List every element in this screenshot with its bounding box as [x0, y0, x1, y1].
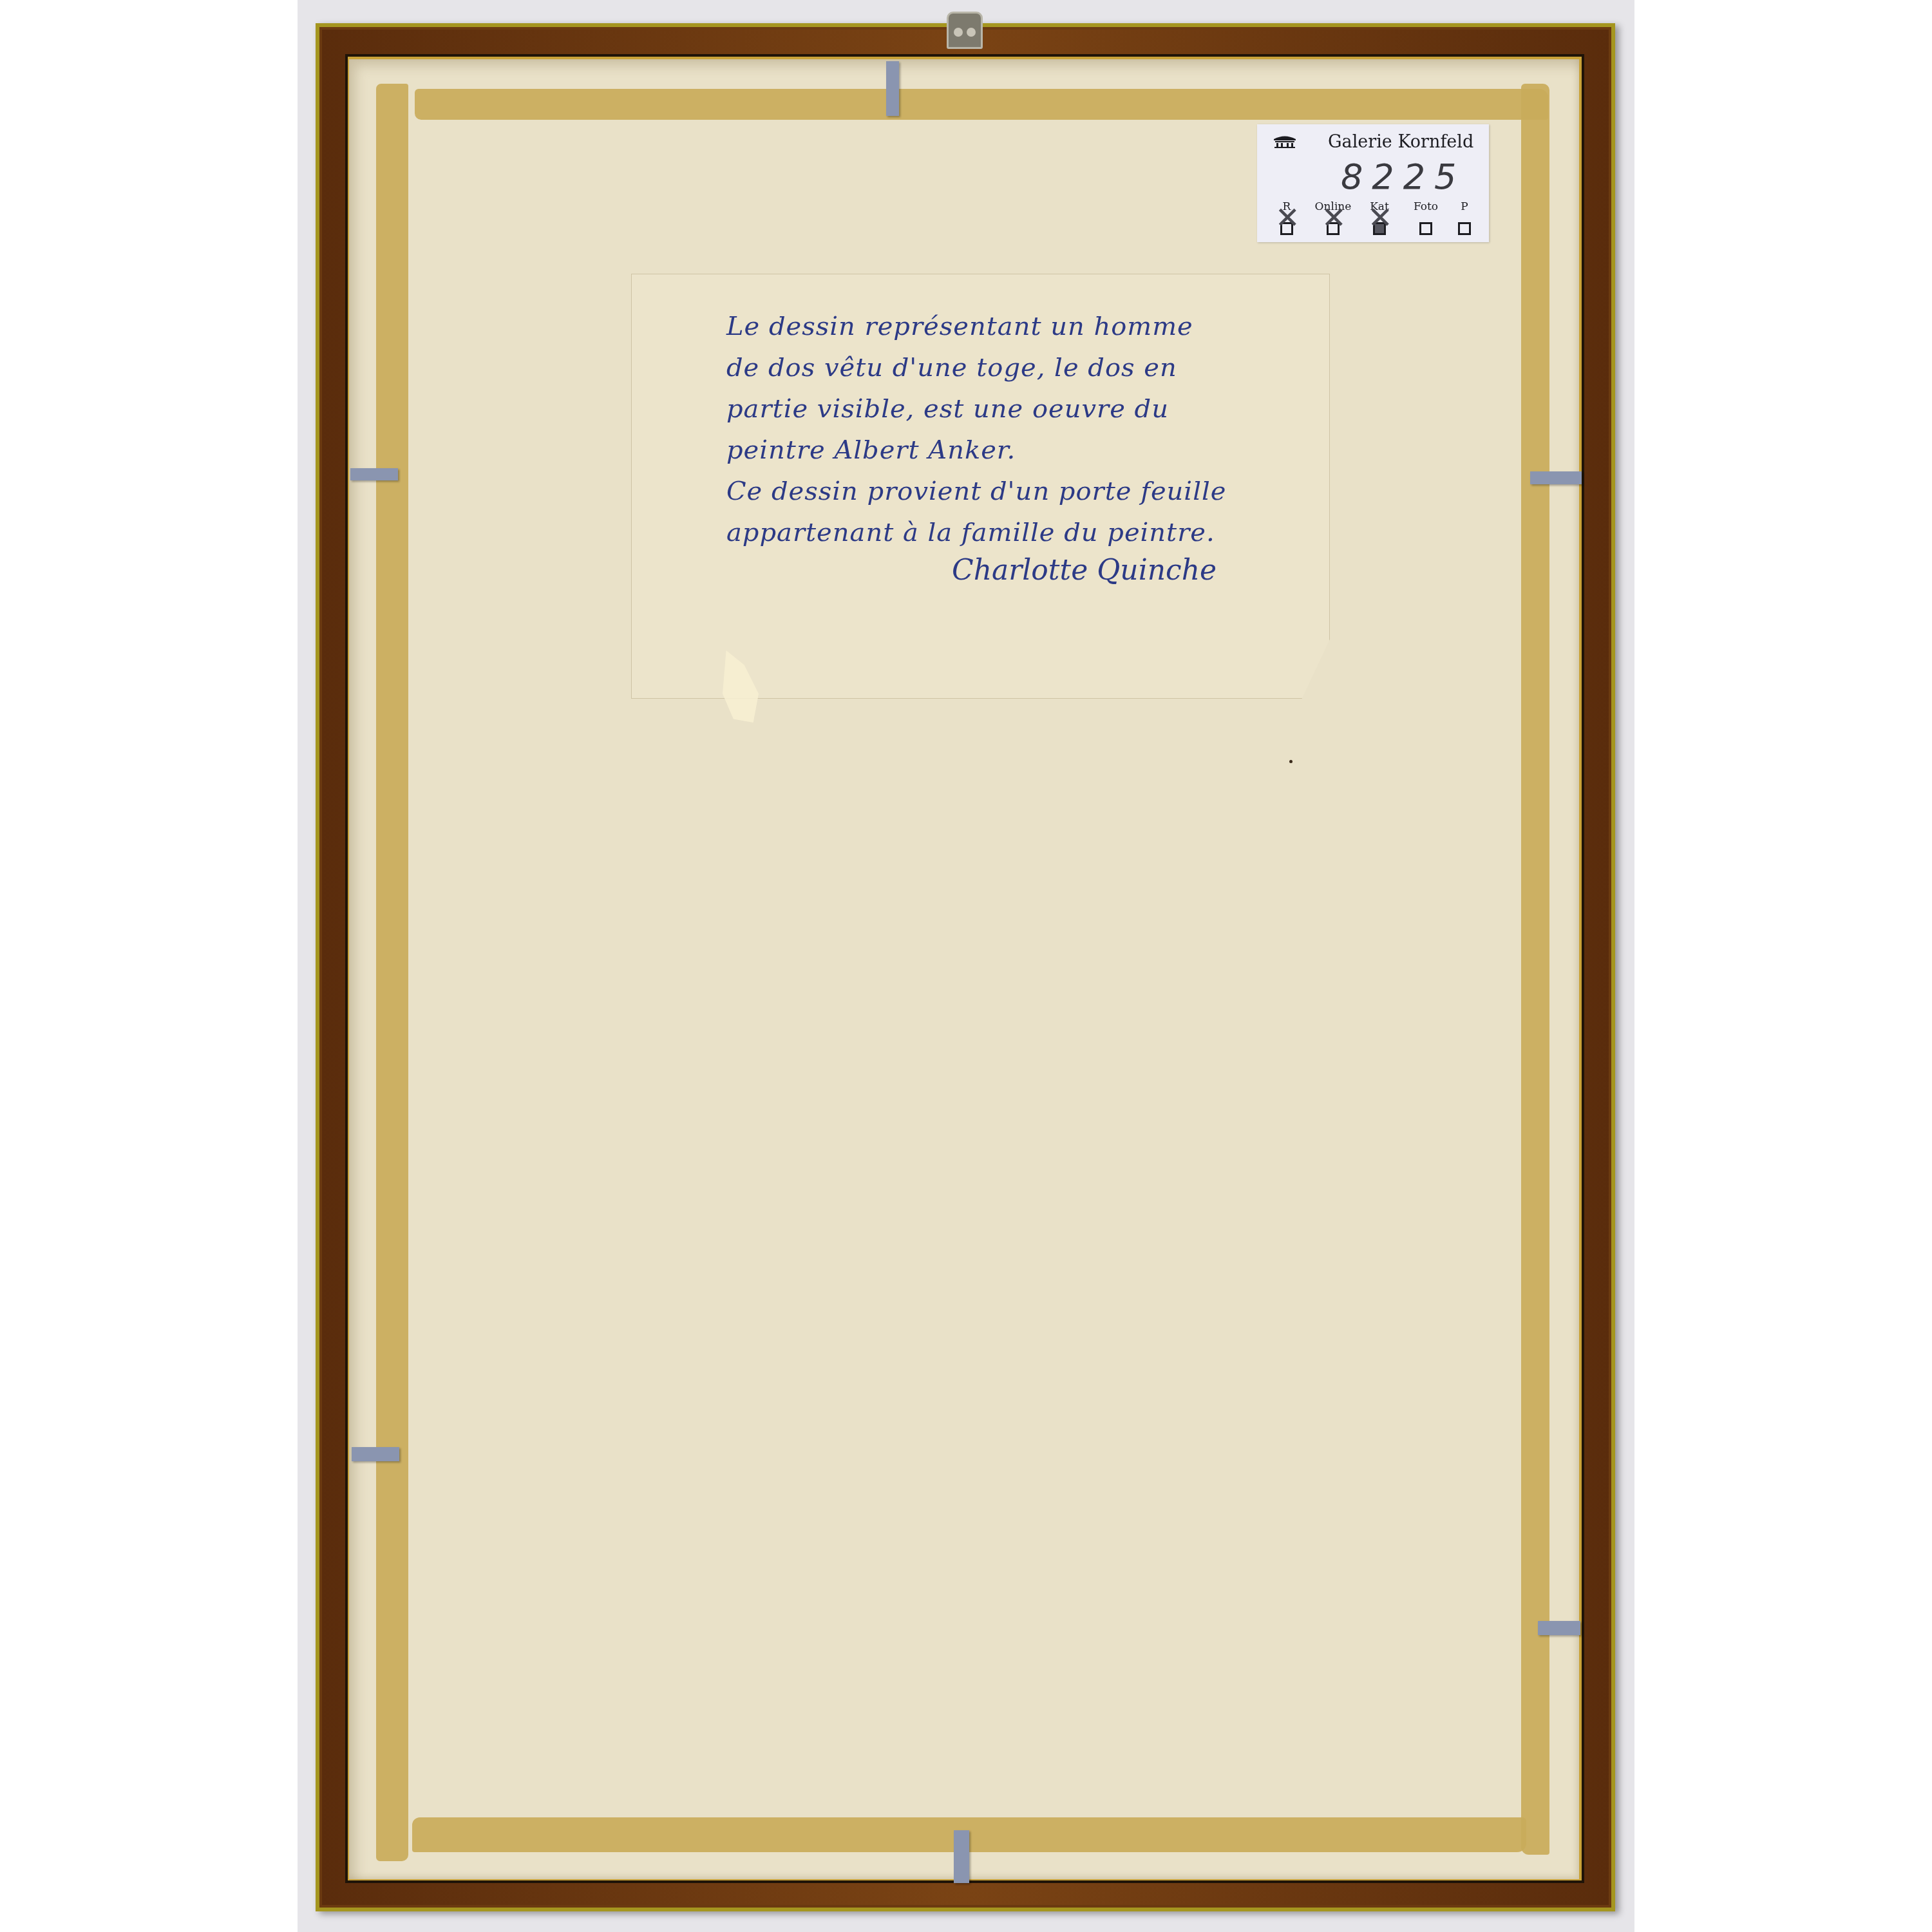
frame-clip-top — [886, 61, 899, 116]
mat-band-top — [415, 89, 1548, 120]
gallery-name: Galerie Kornfeld — [1328, 132, 1473, 152]
paper-speck — [1289, 760, 1293, 763]
frame-clip-right-lower — [1538, 1621, 1580, 1635]
note-line: appartenant à la famille du peintre. — [726, 512, 1306, 553]
mat-band-left — [376, 84, 408, 1861]
lot-number: 8225 — [1341, 156, 1465, 197]
mat-band-bottom — [412, 1817, 1526, 1852]
frame-clip-left-upper — [350, 468, 398, 480]
frame-clip-right-upper — [1530, 471, 1582, 484]
checkbox-kat: Kat ✕ — [1354, 200, 1405, 238]
frame-clip-bottom — [954, 1830, 969, 1883]
frame-clip-left-lower — [352, 1447, 399, 1461]
note-line: partie visible, est une oeuvre du — [726, 388, 1306, 430]
note-line: Ce dessin provient d'un porte feuille — [726, 471, 1306, 512]
hanger-icon — [947, 12, 983, 49]
cross-mark-icon: ✕ — [1321, 203, 1347, 232]
checkbox-p: P — [1439, 200, 1490, 238]
checkbox-online: Online ✕ — [1307, 200, 1359, 238]
note-line: de dos vêtu d'une toge, le dos en — [726, 347, 1306, 388]
note-signature: Charlotte Quinche — [952, 554, 1217, 587]
mat-band-right — [1521, 84, 1549, 1855]
gallery-building-icon — [1273, 133, 1297, 149]
cross-mark-icon: ✕ — [1275, 203, 1300, 232]
label-checkbox-row: R ✕ Online ✕ Kat ✕ Foto P — [1264, 200, 1486, 239]
checkbox-box — [1458, 222, 1471, 235]
note-text: Le dessin représentant un homme de dos v… — [726, 306, 1306, 553]
checkbox-r: R ✕ — [1261, 200, 1312, 238]
checkbox-box — [1419, 222, 1432, 235]
cross-mark-icon: ✕ — [1368, 203, 1393, 232]
note-line: Le dessin représentant un homme — [726, 306, 1306, 347]
gallery-label: Galerie Kornfeld 8225 R ✕ Online ✕ Kat ✕… — [1257, 124, 1489, 242]
note-line: peintre Albert Anker. — [726, 430, 1306, 471]
provenance-note: Le dessin représentant un homme de dos v… — [631, 274, 1330, 699]
